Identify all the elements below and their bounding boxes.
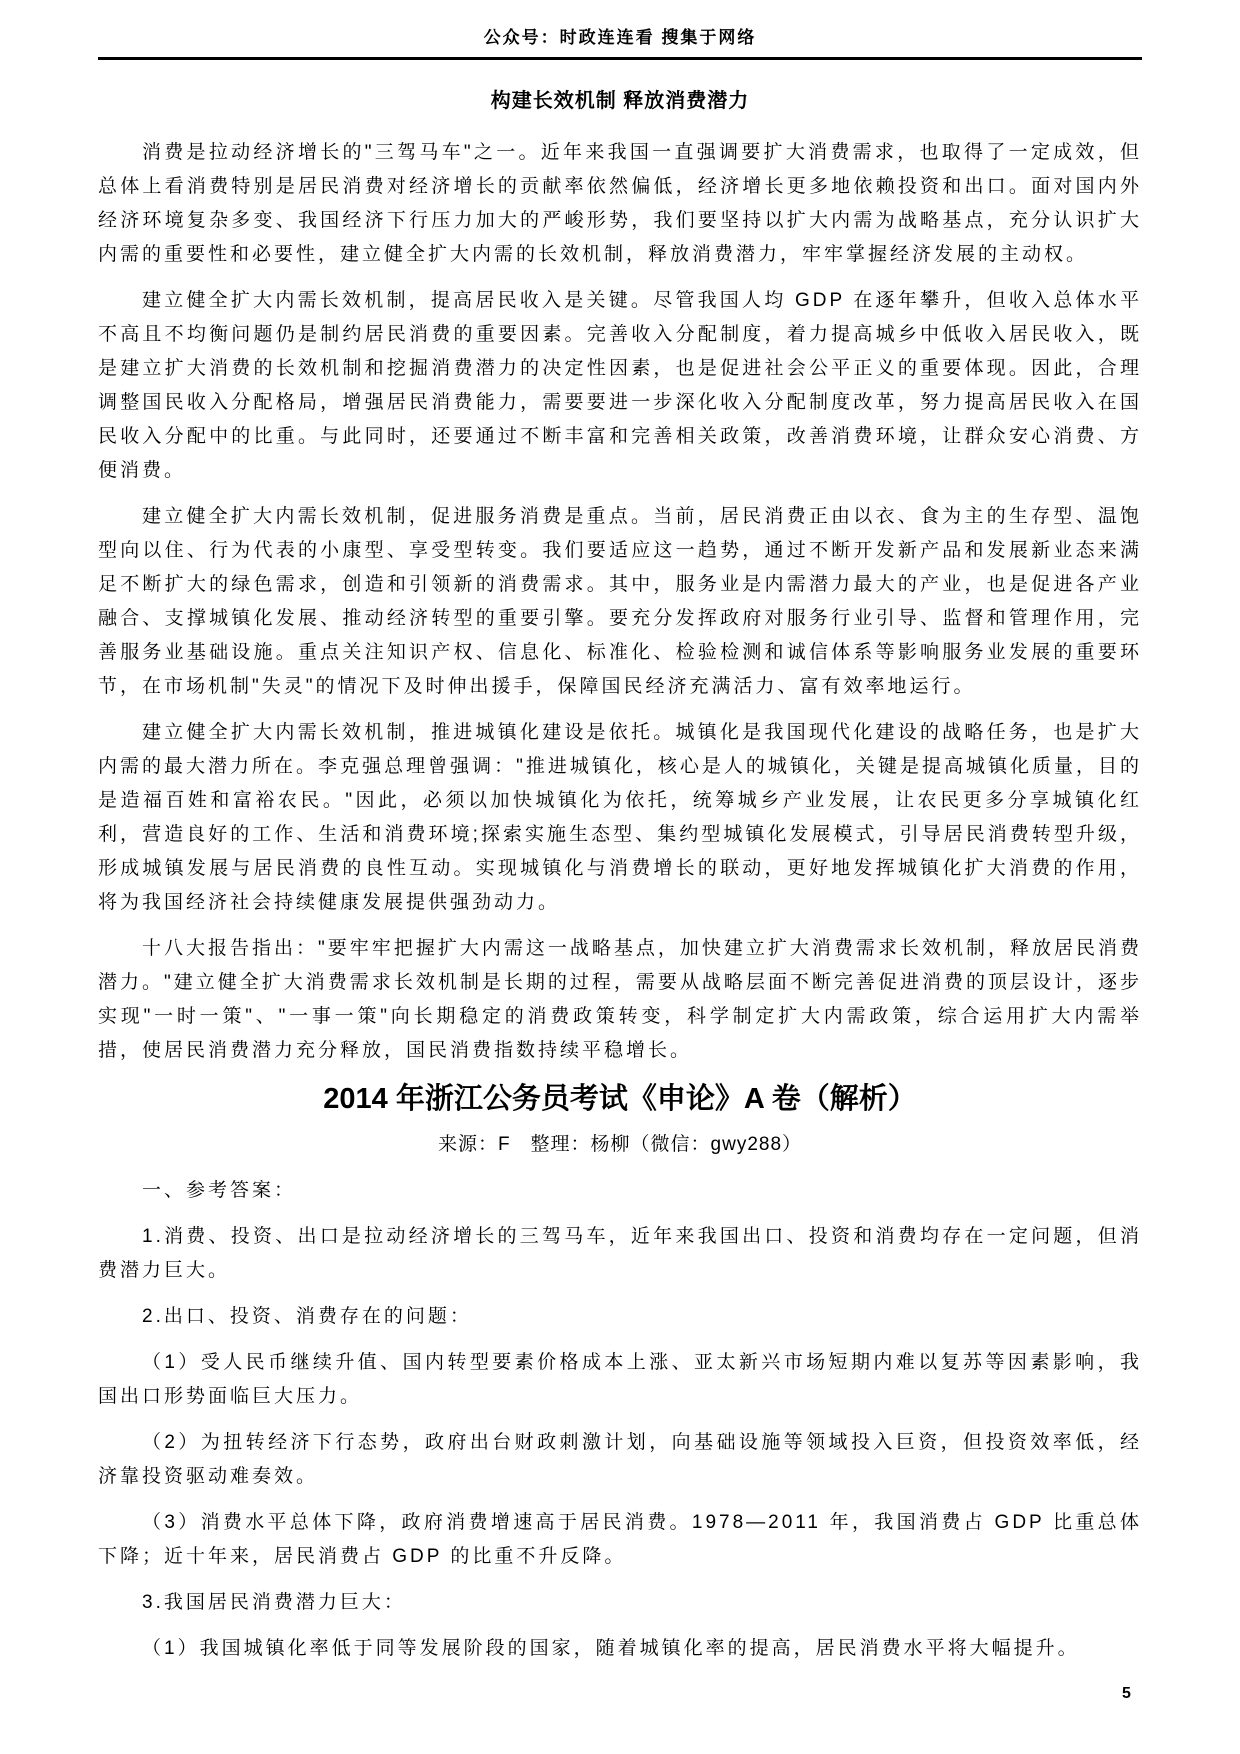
document-page: 公众号：时政连连看 搜集于网络 构建长效机制 释放消费潜力 消费是拉动经济增长的… — [0, 0, 1240, 1754]
article-paragraph: 消费是拉动经济增长的"三驾马车"之一。近年来我国一直强调要扩大消费需求，也取得了… — [98, 136, 1142, 272]
article-title: 构建长效机制 释放消费潜力 — [98, 86, 1142, 116]
section-heading: 一、参考答案： — [98, 1174, 1142, 1208]
answer-paragraph: （1）我国城镇化率低于同等发展阶段的国家，随着城镇化率的提高，居民消费水平将大幅… — [98, 1632, 1142, 1666]
answer-paragraph: （2）为扭转经济下行态势，政府出台财政刺激计划，向基础设施等领域投入巨资，但投资… — [98, 1426, 1142, 1494]
page-header: 公众号：时政连连看 搜集于网络 — [0, 0, 1240, 48]
answer-paragraph: 3.我国居民消费潜力巨大： — [98, 1586, 1142, 1620]
answer-paragraph: （3）消费水平总体下降，政府消费增速高于居民消费。1978—2011 年，我国消… — [98, 1506, 1142, 1574]
page-content: 构建长效机制 释放消费潜力 消费是拉动经济增长的"三驾马车"之一。近年来我国一直… — [0, 86, 1240, 1666]
header-divider — [98, 57, 1142, 60]
page-number: 5 — [1122, 1684, 1131, 1704]
answer-paragraph: 1.消费、投资、出口是拉动经济增长的三驾马车，近年来我国出口、投资和消费均存在一… — [98, 1220, 1142, 1288]
answer-paragraph: （1）受人民币继续升值、国内转型要素价格成本上涨、亚太新兴市场短期内难以复苏等因… — [98, 1346, 1142, 1414]
article-paragraph: 建立健全扩大内需长效机制，推进城镇化建设是依托。城镇化是我国现代化建设的战略任务… — [98, 716, 1142, 920]
exam-source-line: 来源：F 整理：杨柳（微信：gwy288） — [98, 1128, 1142, 1162]
article-paragraph: 十八大报告指出："要牢牢把握扩大内需这一战略基点，加快建立扩大消费需求长效机制，… — [98, 932, 1142, 1068]
exam-title: 2014 年浙江公务员考试《申论》A 卷（解析） — [98, 1080, 1142, 1118]
header-text: 公众号：时政连连看 搜集于网络 — [484, 28, 757, 47]
article-paragraph: 建立健全扩大内需长效机制，提高居民收入是关键。尽管我国人均 GDP 在逐年攀升，… — [98, 284, 1142, 488]
article-paragraph: 建立健全扩大内需长效机制，促进服务消费是重点。当前，居民消费正由以衣、食为主的生… — [98, 500, 1142, 704]
answer-paragraph: 2.出口、投资、消费存在的问题： — [98, 1300, 1142, 1334]
